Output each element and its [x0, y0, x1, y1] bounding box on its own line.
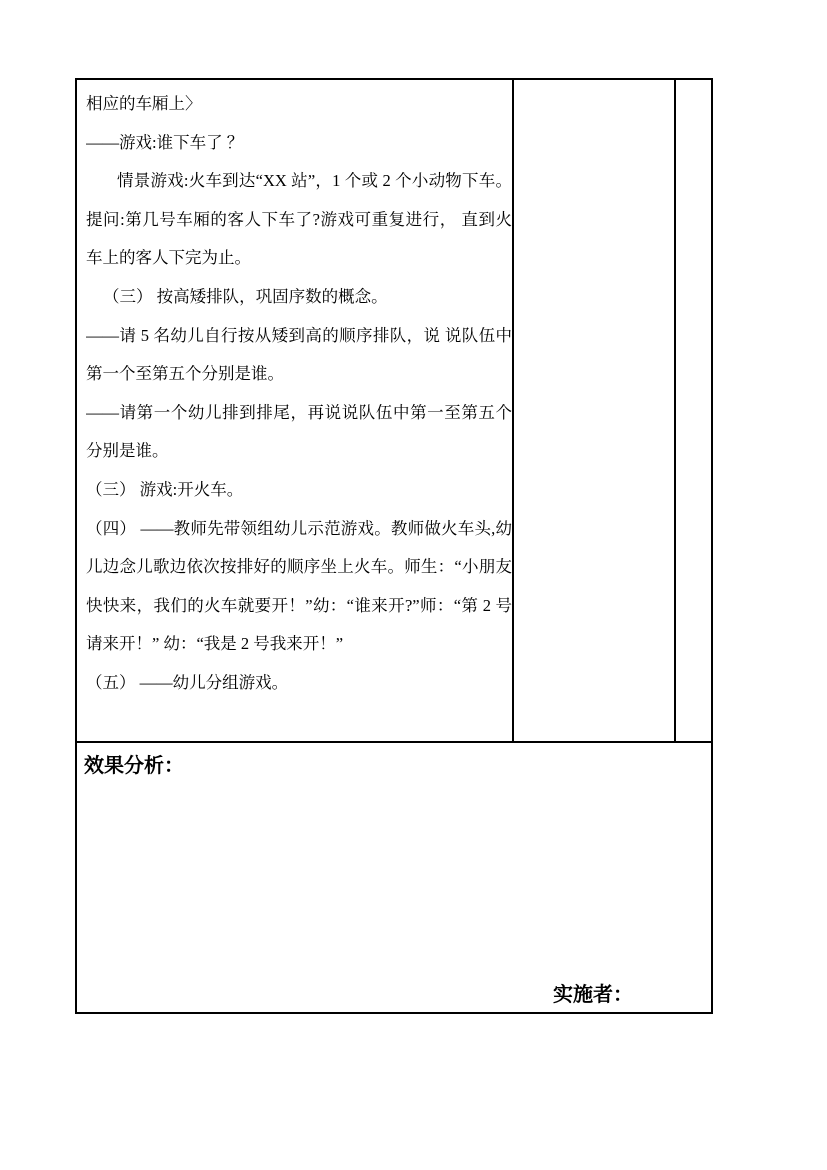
effect-analysis-label: 效果分析： — [84, 752, 184, 780]
text-line: ——请第一个幼儿排到排尾，再说说队伍中第一至第五个 — [86, 394, 512, 433]
text-line: 分别是谁。 — [86, 432, 512, 471]
text-line: 提问:第几号车厢的客人下车了?游戏可重复进行， 直到火 — [86, 201, 512, 240]
text-line: （三） 按高矮排队，巩固序数的概念。 — [86, 278, 512, 317]
text-line: （三） 游戏:开火车。 — [86, 471, 512, 510]
column-divider-2 — [674, 80, 676, 741]
text-line: 请来开！” 幼：“我是 2 号我来开！” — [86, 625, 512, 664]
text-line: 车上的客人下完为止。 — [86, 239, 512, 278]
text-line: 情景游戏:火车到达“XX 站”，1 个或 2 个小动物下车。 — [86, 162, 512, 201]
text-line: 儿边念儿歌边依次按排好的顺序坐上火车。师生：“小朋友 — [86, 548, 512, 587]
text-line: ——游戏:谁下车了 ？ — [86, 124, 512, 163]
text-line: ——请 5 名幼儿自行按从矮到高的顺序排队，说 说队伍中 — [86, 317, 512, 356]
implementer-label: 实施者： — [553, 982, 633, 1008]
empty-narrow-cell — [676, 80, 711, 741]
text-line: （五） ——幼儿分组游戏。 — [86, 664, 512, 703]
effect-analysis-cell: 效果分析： 实施者： — [77, 743, 711, 1011]
text-line: 快快来，我们的火车就要开！”幼：“谁来开?”师：“第 2 号 — [86, 587, 512, 626]
activity-content-cell: 相应的车厢上〉——游戏:谁下车了 ？情景游戏:火车到达“XX 站”，1 个或 2… — [77, 80, 512, 741]
text-line: 相应的车厢上〉 — [86, 85, 512, 124]
main-cell-lines: 相应的车厢上〉——游戏:谁下车了 ？情景游戏:火车到达“XX 站”，1 个或 2… — [86, 85, 512, 703]
document-page: 相应的车厢上〉——游戏:谁下车了 ？情景游戏:火车到达“XX 站”，1 个或 2… — [0, 0, 827, 1170]
text-line: （四） ——教师先带领组幼儿示范游戏。教师做火车头,幼 — [86, 510, 512, 549]
empty-notes-cell — [514, 80, 674, 741]
lesson-plan-table: 相应的车厢上〉——游戏:谁下车了 ？情景游戏:火车到达“XX 站”，1 个或 2… — [75, 78, 713, 1014]
text-line: 第一个至第五个分别是谁。 — [86, 355, 512, 394]
column-divider-1 — [512, 80, 514, 741]
